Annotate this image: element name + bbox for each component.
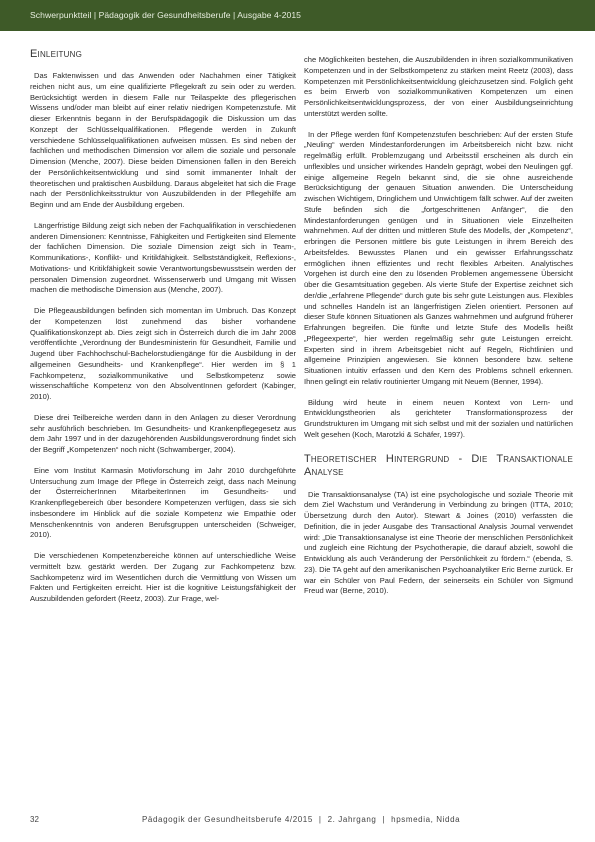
footer-journal: Pädagogik der Gesundheitsberufe 4/2015 <box>142 815 313 824</box>
page-footer: 32 Pädagogik der Gesundheitsberufe 4/201… <box>0 815 595 829</box>
right-column: che Möglichkeiten bestehen, die Auszubil… <box>304 55 573 607</box>
paragraph: Längerfristige Bildung zeigt sich neben … <box>30 221 296 296</box>
paragraph: Die Pflegeausbildungen befinden sich mom… <box>30 306 296 403</box>
running-header-title: Schwerpunktteil | Pädagogik der Gesundhe… <box>30 10 301 20</box>
section-heading-theoretischer-hintergrund: Theoretischer Hintergrund - Die Transakt… <box>304 453 573 479</box>
left-column: Einleitung Das Faktenwissen und das Anwe… <box>30 48 296 615</box>
paragraph: Eine vom Institut Karmasin Motivforschun… <box>30 466 296 541</box>
paragraph: Bildung wird heute in einem neuen Kontex… <box>304 398 573 441</box>
paragraph: che Möglichkeiten bestehen, die Auszubil… <box>304 55 573 120</box>
page-number: 32 <box>30 815 39 824</box>
section-heading-einleitung: Einleitung <box>30 48 296 61</box>
footer-separator: | <box>319 815 322 824</box>
paragraph: In der Pflege werden fünf Kompetenzstufe… <box>304 130 573 388</box>
paragraph: Die verschiedenen Kompetenzbereiche könn… <box>30 551 296 605</box>
paragraph: Die Transaktionsanalyse (TA) ist eine ps… <box>304 490 573 598</box>
footer-info: Pädagogik der Gesundheitsberufe 4/2015|2… <box>142 815 460 824</box>
footer-separator: | <box>382 815 385 824</box>
footer-publisher: hpsmedia, Nidda <box>391 815 460 824</box>
paragraph: Das Faktenwissen und das Anwenden oder N… <box>30 71 296 211</box>
paragraph: Diese drei Teilbereiche werden dann in d… <box>30 413 296 456</box>
footer-volume: 2. Jahrgang <box>328 815 377 824</box>
running-header-bar: Schwerpunktteil | Pädagogik der Gesundhe… <box>0 0 595 31</box>
